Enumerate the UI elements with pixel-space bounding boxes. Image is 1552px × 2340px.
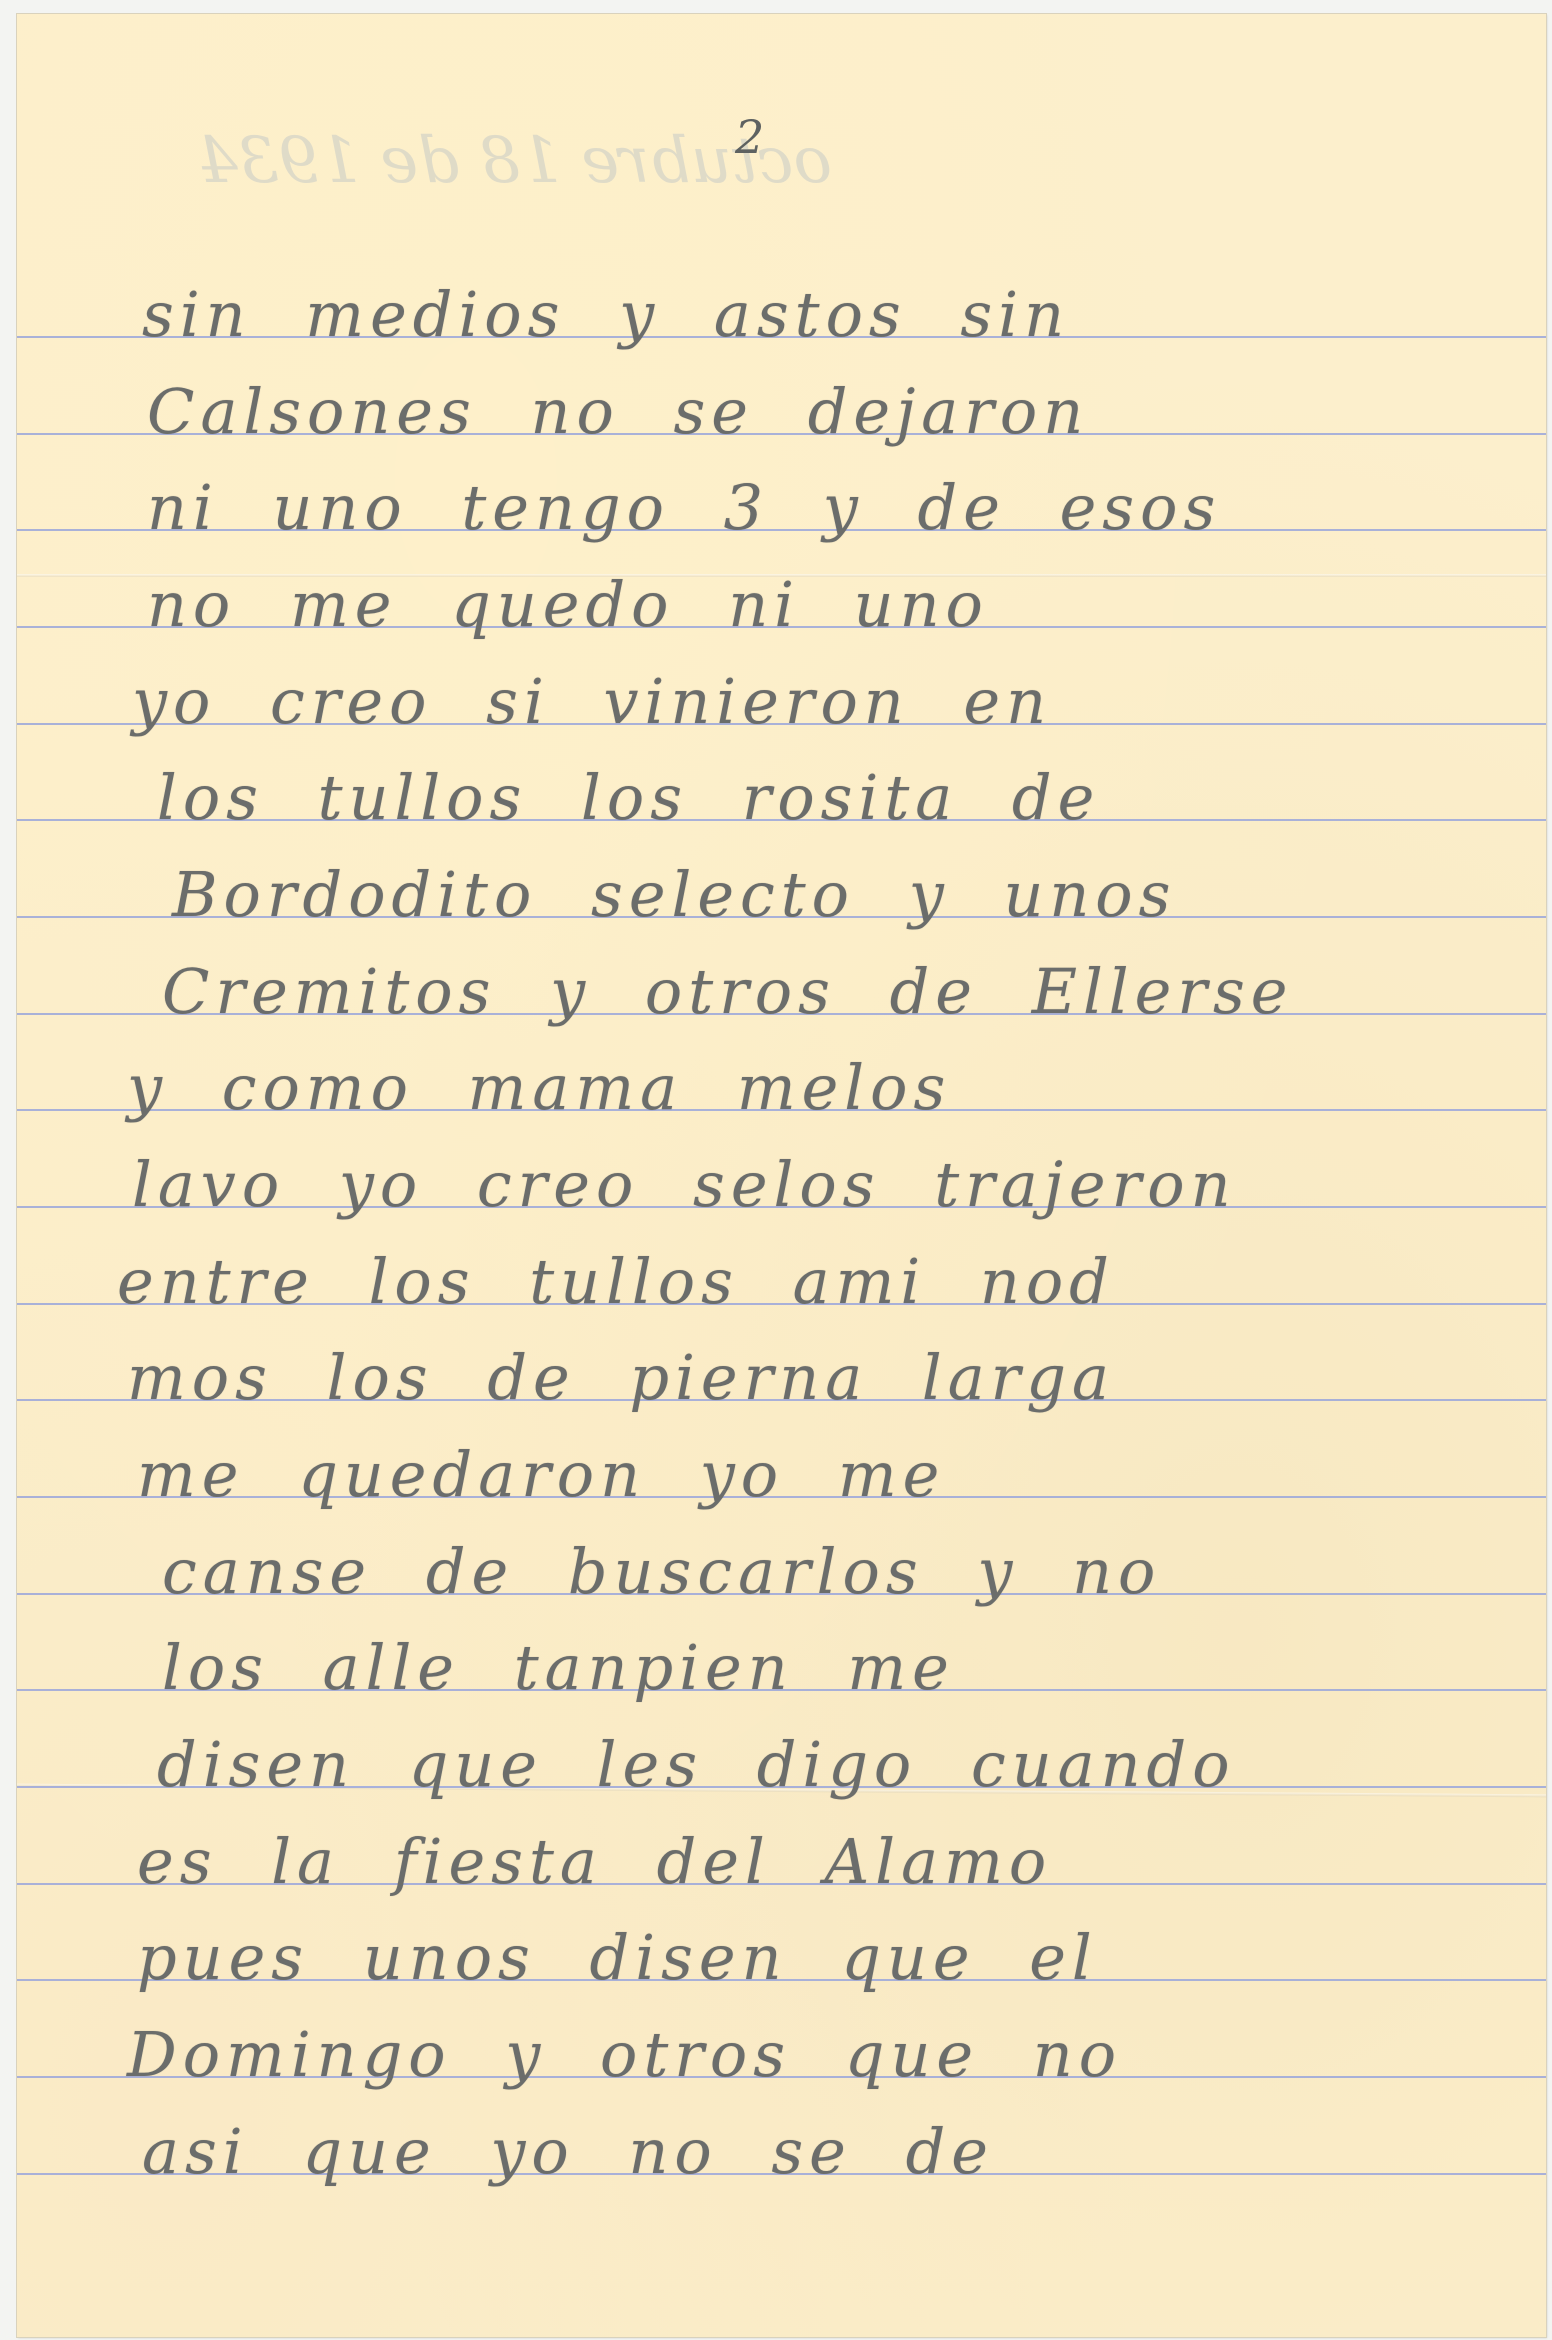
handwritten-line: los tullos los rosita de — [157, 767, 1100, 829]
handwritten-line: Calsones no se dejaron — [147, 381, 1089, 443]
letter-page: octubre 18 de 1934 2 sin medios y astos … — [17, 14, 1546, 2337]
handwritten-line: es la fiesta del Alamo — [137, 1831, 1052, 1893]
handwritten-line: Cremitos y otros de Ellerse — [162, 961, 1293, 1023]
handwritten-line: mos los de pierna larga — [127, 1347, 1115, 1409]
handwritten-line: y como mama melos — [127, 1057, 951, 1119]
handwritten-line: lavo yo creo selos trajeron — [132, 1154, 1237, 1216]
handwritten-line: me quedaron yo me — [137, 1444, 945, 1506]
handwritten-line: pues unos disen que el — [137, 1927, 1098, 1989]
handwritten-line: yo creo si vinieron en — [132, 671, 1052, 733]
handwritten-line: sin medios y astos sin — [142, 284, 1070, 346]
handwritten-line: ni uno tengo 3 y de esos — [147, 477, 1221, 539]
handwritten-line: entre los tullos ami nod — [117, 1251, 1115, 1313]
handwritten-line: Bordodito selecto y unos — [172, 864, 1176, 926]
handwritten-line: asi que yo no se de — [142, 2121, 994, 2183]
handwritten-line: canse de buscarlos y no — [162, 1541, 1161, 1603]
handwritten-line: no me quedo ni uno — [147, 574, 989, 636]
handwritten-line: disen que les digo cuando — [157, 1734, 1236, 1796]
page-number: 2 — [735, 110, 764, 164]
handwritten-line: los alle tanpien me — [162, 1637, 955, 1699]
handwritten-line: Domingo y otros que no — [127, 2024, 1122, 2086]
